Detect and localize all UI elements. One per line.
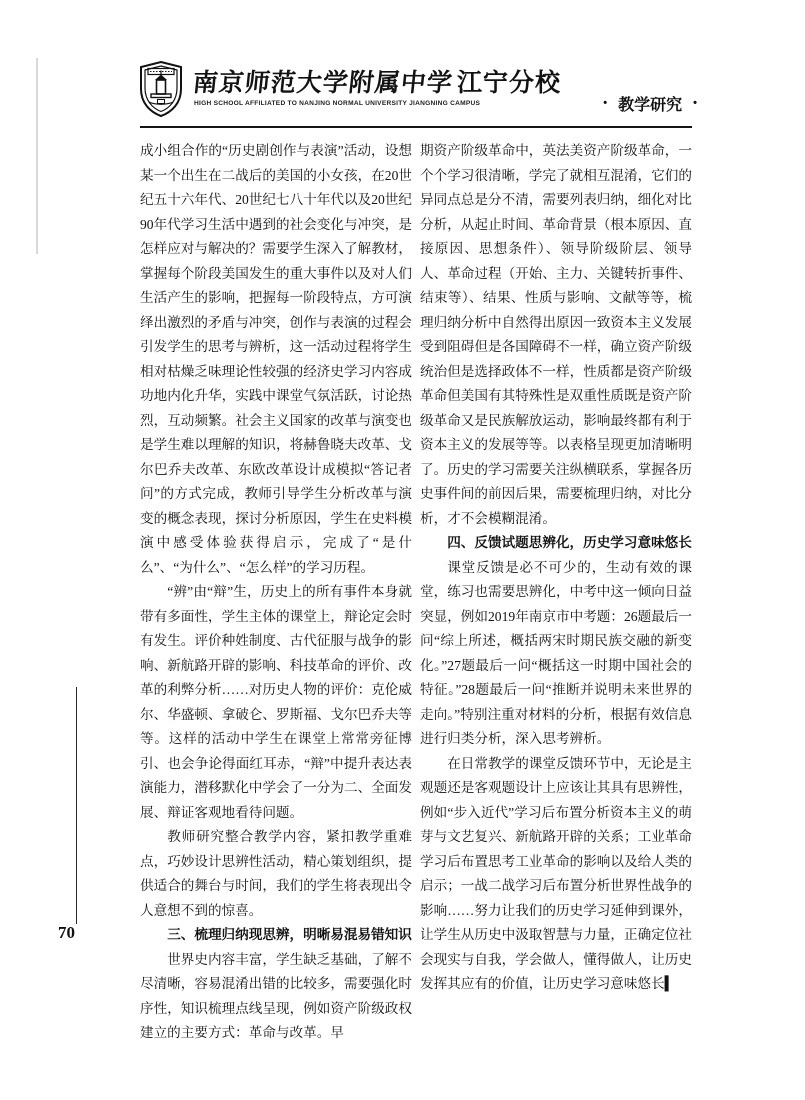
- section-heading: 三、梳理归纳现思辨，明晰易混易错知识: [140, 923, 412, 948]
- article-left-column: 成小组合作的“历史剧创作与表演”活动，设想某一个出生在二战后的美国的小女孩，在2…: [140, 139, 412, 1046]
- bullet-icon: •: [693, 98, 697, 109]
- page-number: 70: [58, 923, 75, 943]
- school-badge-icon: [138, 61, 184, 117]
- scan-edge-artifact: [36, 58, 38, 254]
- section-heading: 四、反馈试题思辨化，历史学习意味悠长: [420, 531, 692, 556]
- paragraph: 世界史内容丰富，学生缺乏基础，了解不尽清晰，容易混淆出错的比较多，需要强化时序性…: [140, 948, 412, 1046]
- section-label-text: 教学研究: [618, 92, 682, 115]
- paragraph: 期资产阶级革命中，英法美资产阶级革命，一个个学习很清晰，学完了就相互混淆，它们的…: [420, 139, 692, 531]
- paragraph: 成小组合作的“历史剧创作与表演”活动，设想某一个出生在二战后的美国的小女孩，在2…: [140, 139, 412, 580]
- paragraph: 课堂反馈是必不可少的，生动有效的课堂，练习也需要思辨化，中考中这一倾向日益突显，…: [420, 556, 692, 752]
- article-body: 成小组合作的“历史剧创作与表演”活动，设想某一个出生在二战后的美国的小女孩，在2…: [140, 139, 692, 1046]
- article-right-column: 期资产阶级革命中，英法美资产阶级革命，一个个学习很清晰，学完了就相互混淆，它们的…: [420, 139, 692, 1046]
- school-name-en: HIGH SCHOOL AFFILIATED TO NANJING NORMAL…: [194, 100, 480, 107]
- paragraph: 在日常教学的课堂反馈环节中，无论是主观题还是客观题设计上应该让其具有思辨性，例如…: [420, 752, 692, 997]
- journal-page: 南京师范大学附属中学江宁分校 HIGH SCHOOL AFFILIATED TO…: [0, 0, 805, 1100]
- section-label: • 教学研究 •: [603, 92, 697, 115]
- margin-divider: [76, 687, 77, 924]
- paragraph: 教师研究整合教学内容，紧扣教学重难点，巧妙设计思辨性活动，精心策划组织，提供适合…: [140, 825, 412, 923]
- school-name-cn: 南京师范大学附属中学: [191, 63, 455, 99]
- school-name: 南京师范大学附属中学江宁分校: [193, 63, 561, 99]
- school-campus: 江宁分校: [457, 63, 561, 99]
- bullet-icon: •: [603, 98, 607, 109]
- paragraph: “辨”由“辩”生，历史上的所有事件本身就带有多面性，学生主体的课堂上，辩论定会时…: [140, 580, 412, 825]
- header-divider: [140, 126, 692, 128]
